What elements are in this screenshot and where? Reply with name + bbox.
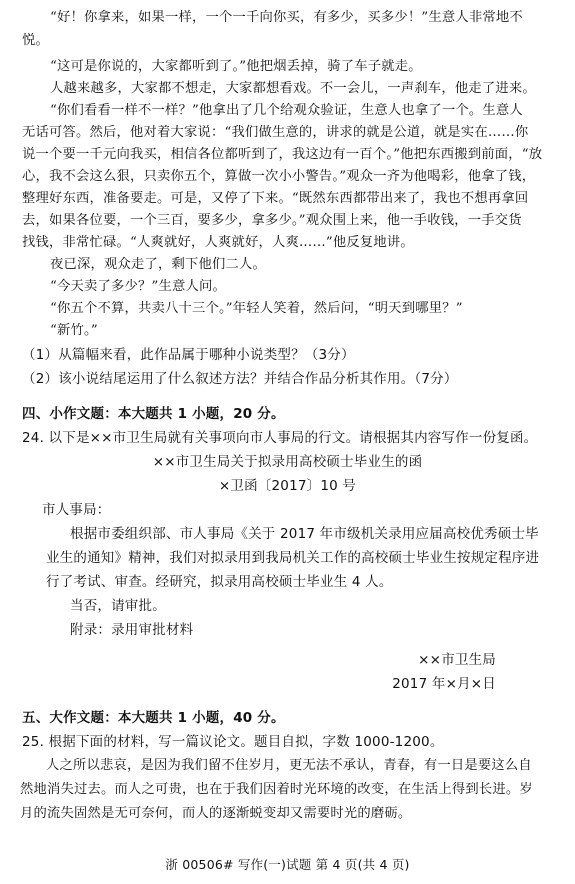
question-25: 25. 根据下面的材料，写一篇议论文。题目自拟，字数 1000-1200。: [22, 732, 444, 752]
story-paragraph: 无话可答。然后，他对着大家说：“我们做生意的，讲求的就是公道，就是实在……你: [22, 123, 528, 143]
letter-title: ××市卫生局关于拟录用高校硕士毕业生的函: [0, 452, 575, 472]
material-line: 然地消失过去。而人之可贵，也在于我们因着时光环境的改变，在生活上得到长进。岁: [20, 780, 533, 800]
story-paragraph: “这可是你说的，大家都听到了。”他把烟丢掉，骑了车子就走。: [50, 57, 422, 77]
letter-closing: 当否，请审批。: [70, 596, 166, 616]
question-24: 24. 以下是××市卫生局就有关事项向市人事局的行文。请根据其内容写作一份复函。: [22, 428, 537, 448]
letter-date: 2017 年×月×日: [300, 674, 496, 694]
question-23-2: （2）该小说结尾运用了什么叙述方法？并结合作品分析其作用。（7分）: [22, 369, 458, 389]
story-paragraph: 说一个要一千元向我买，相信各位都听到了，我这边有一百个。”他把东西搬到前面，“放: [22, 145, 542, 165]
story-paragraph: “你们看看一样不一样？”他拿出了几个给观众验证，生意人也拿了一个。生意人: [50, 101, 523, 121]
story-paragraph: “新竹。”: [50, 321, 98, 341]
letter-body-line: 根据市委组织部、市人事局《关于 2017 年市级机关录用应届高校优秀硕士毕: [70, 524, 539, 544]
story-paragraph: 心，我不会这么狠，只卖你五个，算做一次小小警告。”观众一齐为他喝彩，他拿了钱，: [22, 167, 535, 187]
story-paragraph: 悦。: [22, 31, 49, 51]
question-23-1: （1）从篇幅来看，此作品属于哪种小说类型？（3分）: [22, 345, 355, 365]
section-4-heading: 四、小作文题：本大题共 1 小题，20 分。: [22, 404, 285, 424]
letter-body-line: 行了考试、审查。经研究，拟录用高校硕士毕业生 4 人。: [46, 572, 393, 592]
story-paragraph: 找钱，非常忙碌。“人爽就好，人爽就好，人爽……”他反复地讲。: [22, 233, 414, 253]
story-paragraph: “好！你拿来，如果一样，一个一千向你买，有多少，买多少！”生意人非常地不: [50, 8, 523, 28]
letter-attachment: 附录：录用审批材料: [70, 620, 193, 640]
material-line: 月的流失固然是无可奈何，而人的逐渐蜕变却又需要时光的磨砺。: [20, 804, 411, 824]
material-line: 人之所以悲哀，是因为我们留不住岁月，更无法不承认，青春，有一日是要这么自: [46, 756, 532, 776]
letter-sender: ××市卫生局: [300, 650, 496, 670]
exam-page: “好！你拿来，如果一样，一个一千向你买，有多少，买多少！”生意人非常地不 悦。 …: [0, 0, 575, 884]
story-paragraph: 去，如果各位要，一个三百，要多少，拿多少。”观众围上来，他一手收钱，一手交货: [22, 211, 522, 231]
page-footer: 浙 00506# 写作(一)试题 第 4 页(共 4 页): [0, 855, 575, 875]
story-paragraph: 整理好东西，准备要走。可是，又停了下来。“既然东西都带出来了，我也不想再拿回: [22, 189, 528, 209]
story-paragraph: “今天卖了多少？”生意人问。: [50, 277, 226, 297]
story-paragraph: 人越来越多，大家都不想走，大家都想看戏。不一会儿，一声刹车，他走了进来。: [50, 79, 536, 99]
letter-addressee: 市人事局：: [42, 500, 111, 520]
section-5-heading: 五、大作文题：本大题共 1 小题，40 分。: [22, 708, 285, 728]
letter-body-line: 业生的通知》精神，我们对拟录用到我局机关工作的高校硕士毕业生按规定程序进: [46, 548, 539, 568]
story-paragraph: “你五个不算，共卖八十三个。”年轻人笑着，然后问，“明天到哪里？”: [50, 299, 463, 319]
story-paragraph: 夜已深，观众走了，剩下他们二人。: [50, 255, 266, 275]
letter-doc-number: ×卫函〔2017〕10 号: [0, 476, 575, 496]
